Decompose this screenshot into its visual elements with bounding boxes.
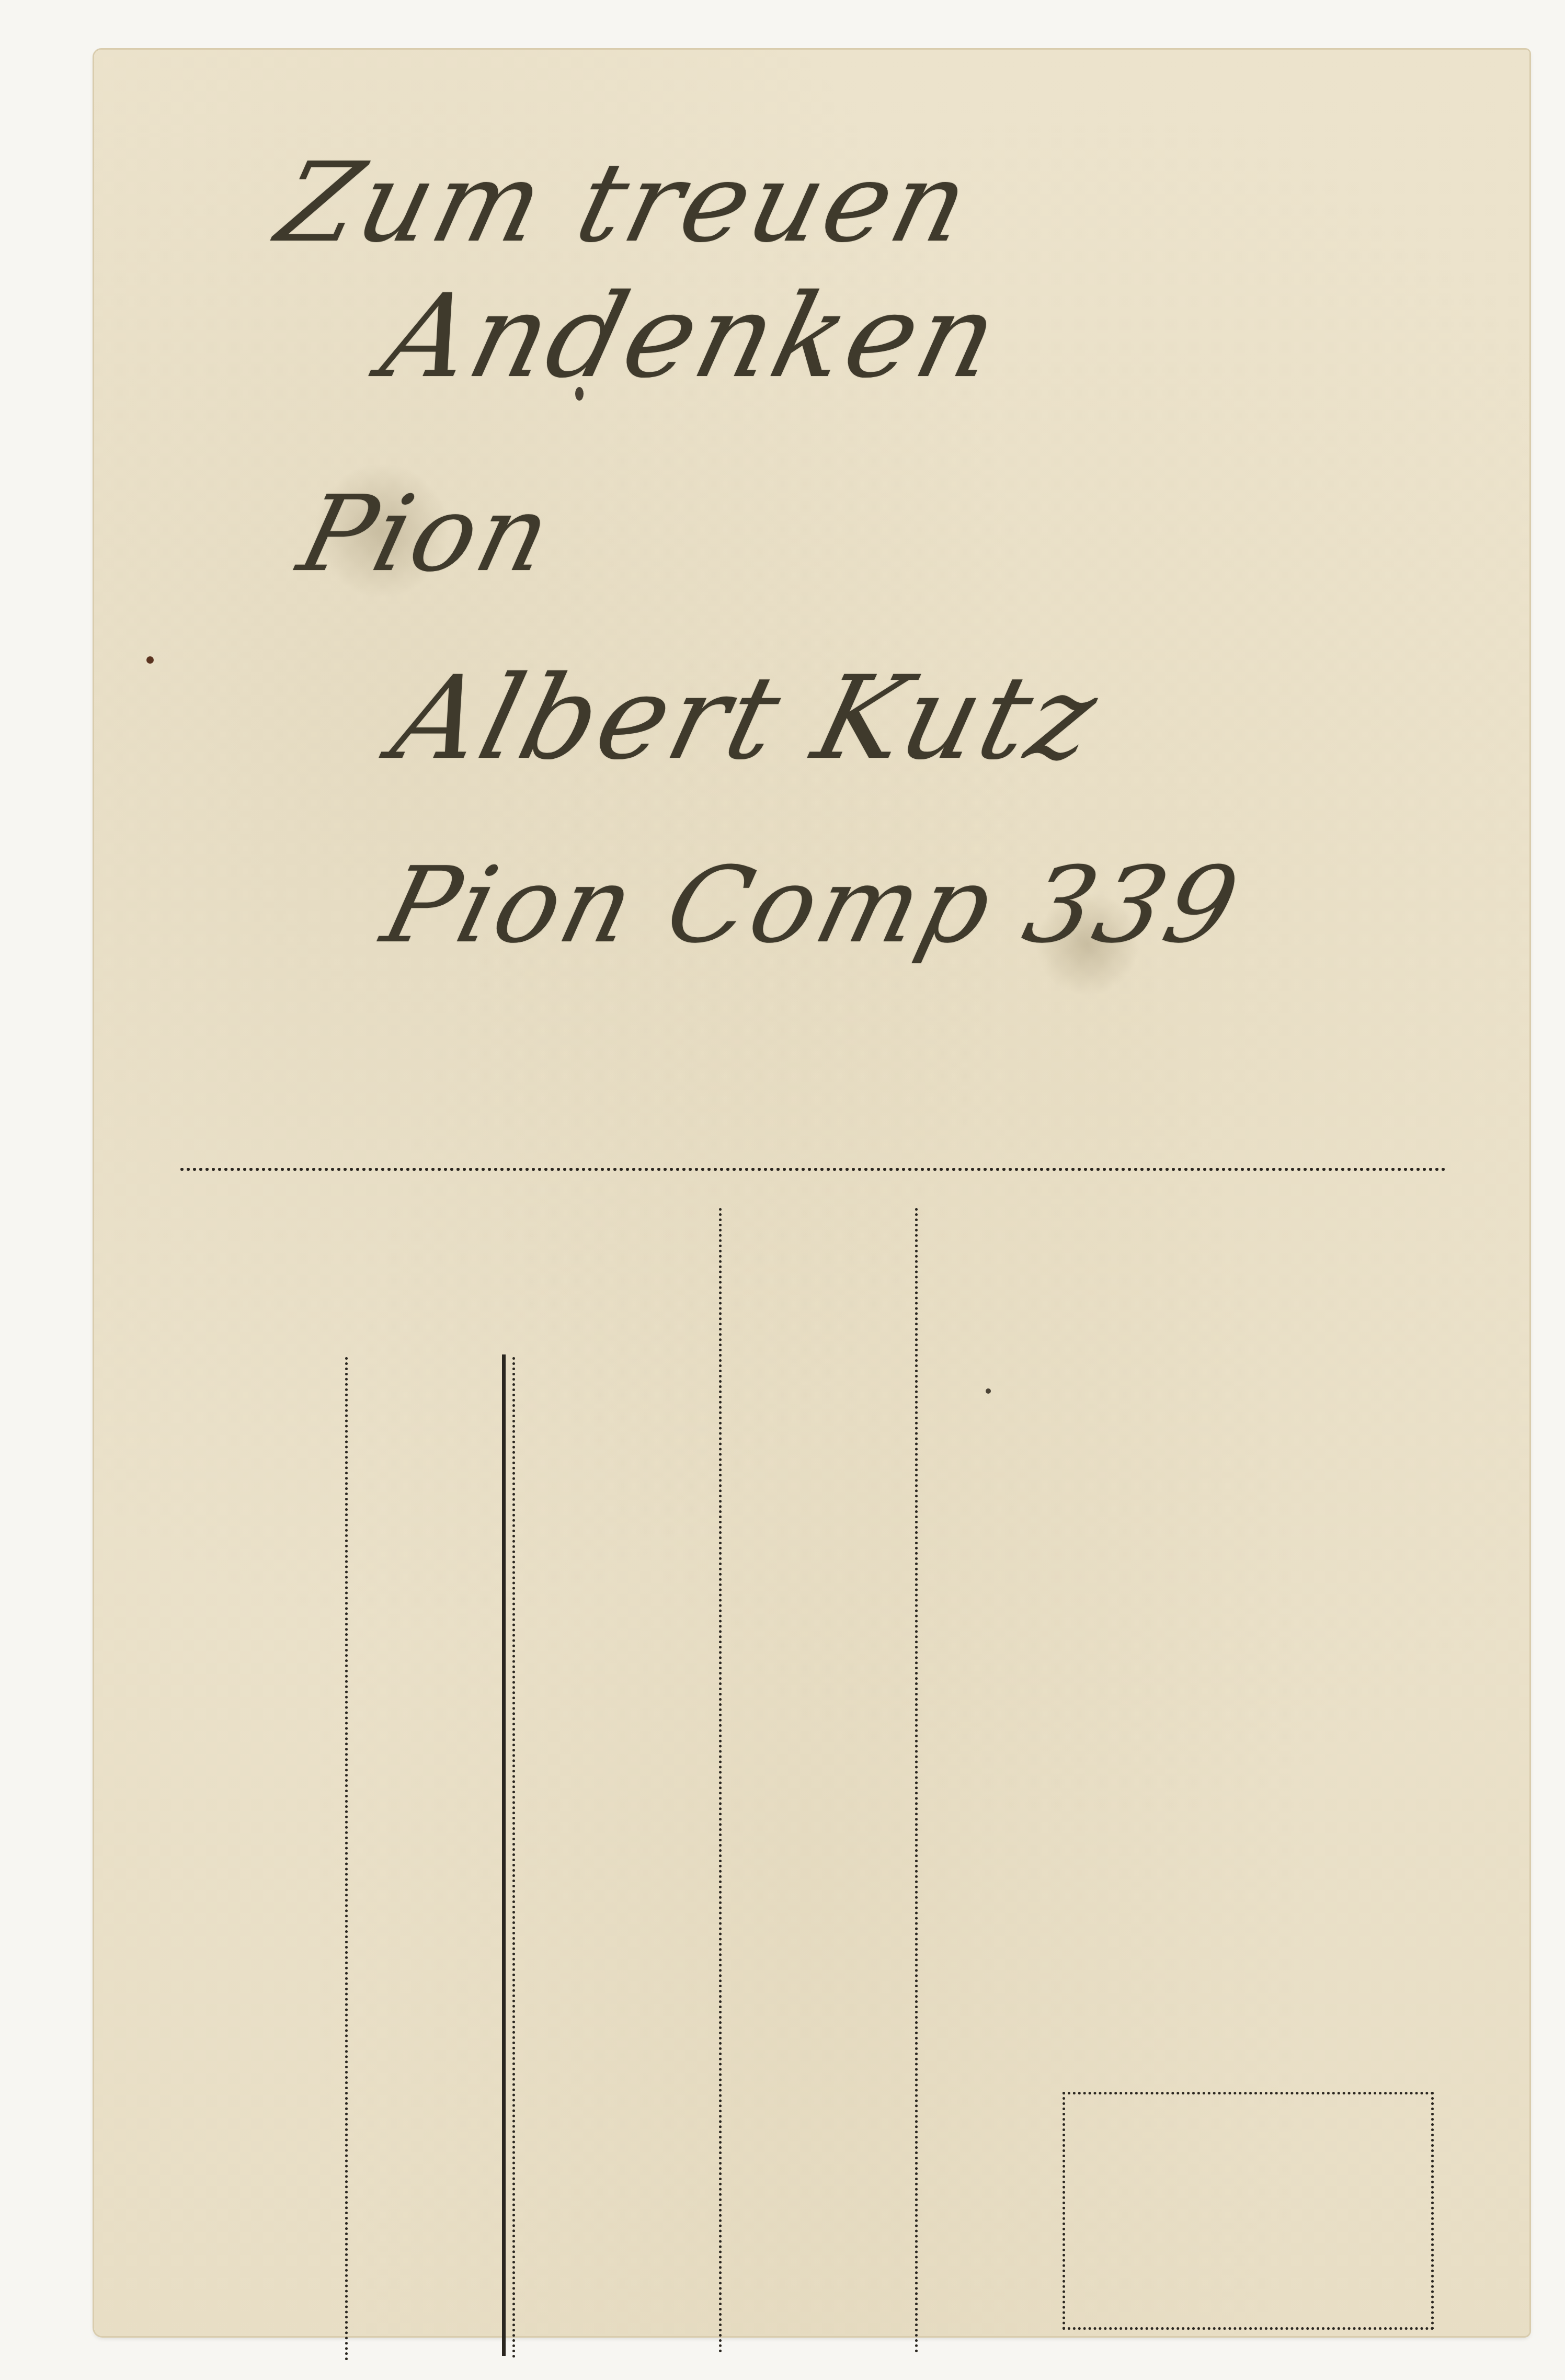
address-line-2b: [512, 1357, 515, 2359]
address-line-1: [345, 1357, 348, 2361]
speck: [986, 1388, 991, 1394]
address-line-3: [719, 1208, 722, 2353]
center-divider: [915, 1208, 918, 2353]
stamp-box: [1063, 2092, 1434, 2330]
handwritten-line-5: Pion Comp 339: [372, 845, 1252, 966]
handwritten-line-1: Zum treuen: [266, 139, 984, 267]
handwritten-line-3: Pion: [288, 473, 565, 595]
address-line-2: [502, 1354, 506, 2356]
handwritten-line-4: Albert Kutz: [381, 651, 1112, 785]
horizontal-divider: [180, 1168, 1446, 1171]
postcard-back: Zum treuen Andenken Pion Albert Kutz Pio…: [94, 50, 1529, 2336]
handwritten-line-2: Andenken: [370, 269, 1013, 403]
speck: [146, 656, 154, 664]
